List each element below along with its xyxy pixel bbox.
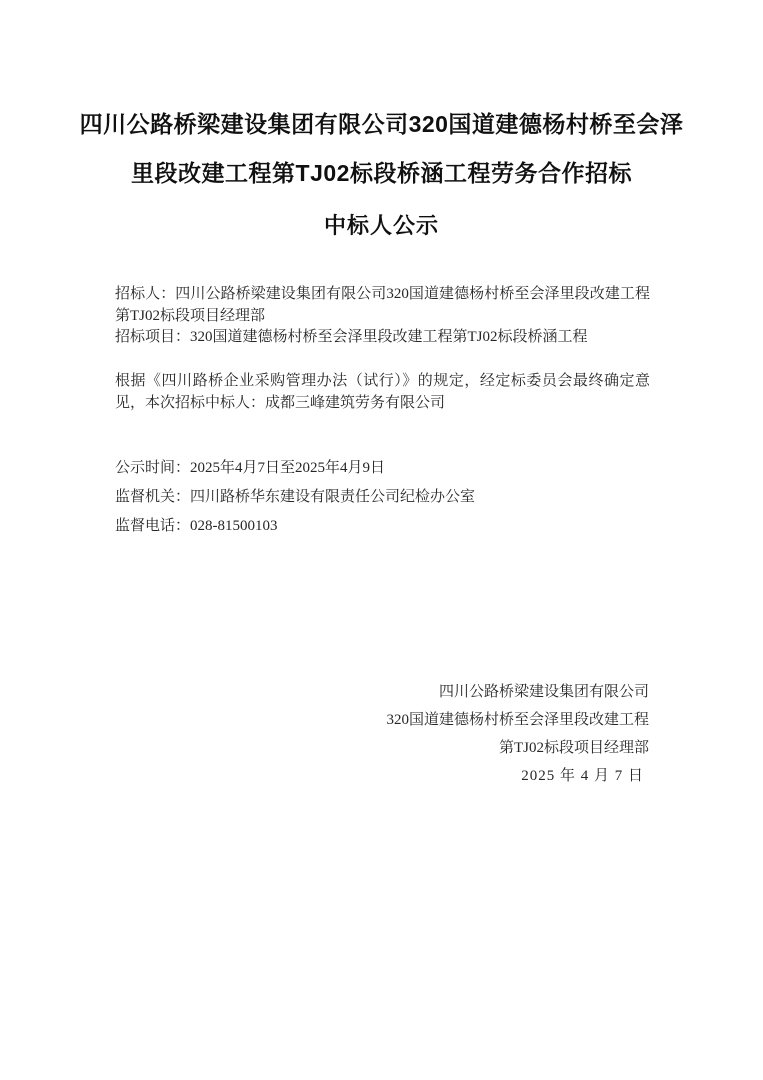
announcement-subtitle: 中标人公示 [0, 211, 763, 241]
project-label: 招标项目： [115, 329, 190, 345]
document-title-line-2: 里段改建工程第TJ02标段桥涵工程劳务合作招标 [55, 149, 708, 198]
supervisory-authority-line: 监督机关：四川路桥华东建设有限责任公司纪检办公室 [115, 483, 650, 512]
supervision-phone-value: 028-81500103 [190, 518, 278, 534]
supervisory-authority-value: 四川路桥华东建设有限责任公司纪检办公室 [190, 489, 475, 505]
supervision-phone-line: 监督电话：028-81500103 [115, 512, 650, 541]
decision-paragraph: 根据《四川路桥企业采购管理办法（试行）》的规定，经定标委员会最终确定意见，本次招… [115, 371, 650, 414]
project-value: 320国道建德杨村桥至会泽里段改建工程第TJ02标段桥涵工程 [190, 329, 588, 345]
announcement-document-page: 四川公路桥梁建设集团有限公司320国道建德杨村桥至会泽 里段改建工程第TJ02标… [0, 0, 763, 1080]
tenderer-label: 招标人： [115, 286, 175, 302]
signature-block: 四川公路桥梁建设集团有限公司 320国道建德杨村桥至会泽里段改建工程 第TJ02… [115, 678, 649, 790]
notice-paragraph: 公示时间：2025年4月7日至2025年4月9日 监督机关：四川路桥华东建设有限… [115, 454, 650, 541]
signature-department: 第TJ02标段项目经理部 [115, 734, 649, 762]
publicity-period-value: 2025年4月7日至2025年4月9日 [190, 460, 385, 476]
signature-project: 320国道建德杨村桥至会泽里段改建工程 [115, 706, 649, 734]
signature-company: 四川公路桥梁建设集团有限公司 [115, 678, 649, 706]
document-title: 四川公路桥梁建设集团有限公司320国道建德杨村桥至会泽 里段改建工程第TJ02标… [55, 100, 708, 198]
supervision-phone-label: 监督电话： [115, 518, 190, 534]
signature-date: 2025 年 4 月 7 日 [115, 762, 649, 790]
supervisory-authority-label: 监督机关： [115, 489, 190, 505]
tenderer-value: 四川公路桥梁建设集团有限公司320国道建德杨村桥至会泽里段改建工程第TJ02标段… [115, 286, 650, 324]
document-title-line-1: 四川公路桥梁建设集团有限公司320国道建德杨村桥至会泽 [55, 100, 708, 149]
publicity-period-label: 公示时间： [115, 460, 190, 476]
tender-info-paragraph: 招标人：四川公路桥梁建设集团有限公司320国道建德杨村桥至会泽里段改建工程第TJ… [115, 284, 650, 349]
publicity-period-line: 公示时间：2025年4月7日至2025年4月9日 [115, 454, 650, 483]
